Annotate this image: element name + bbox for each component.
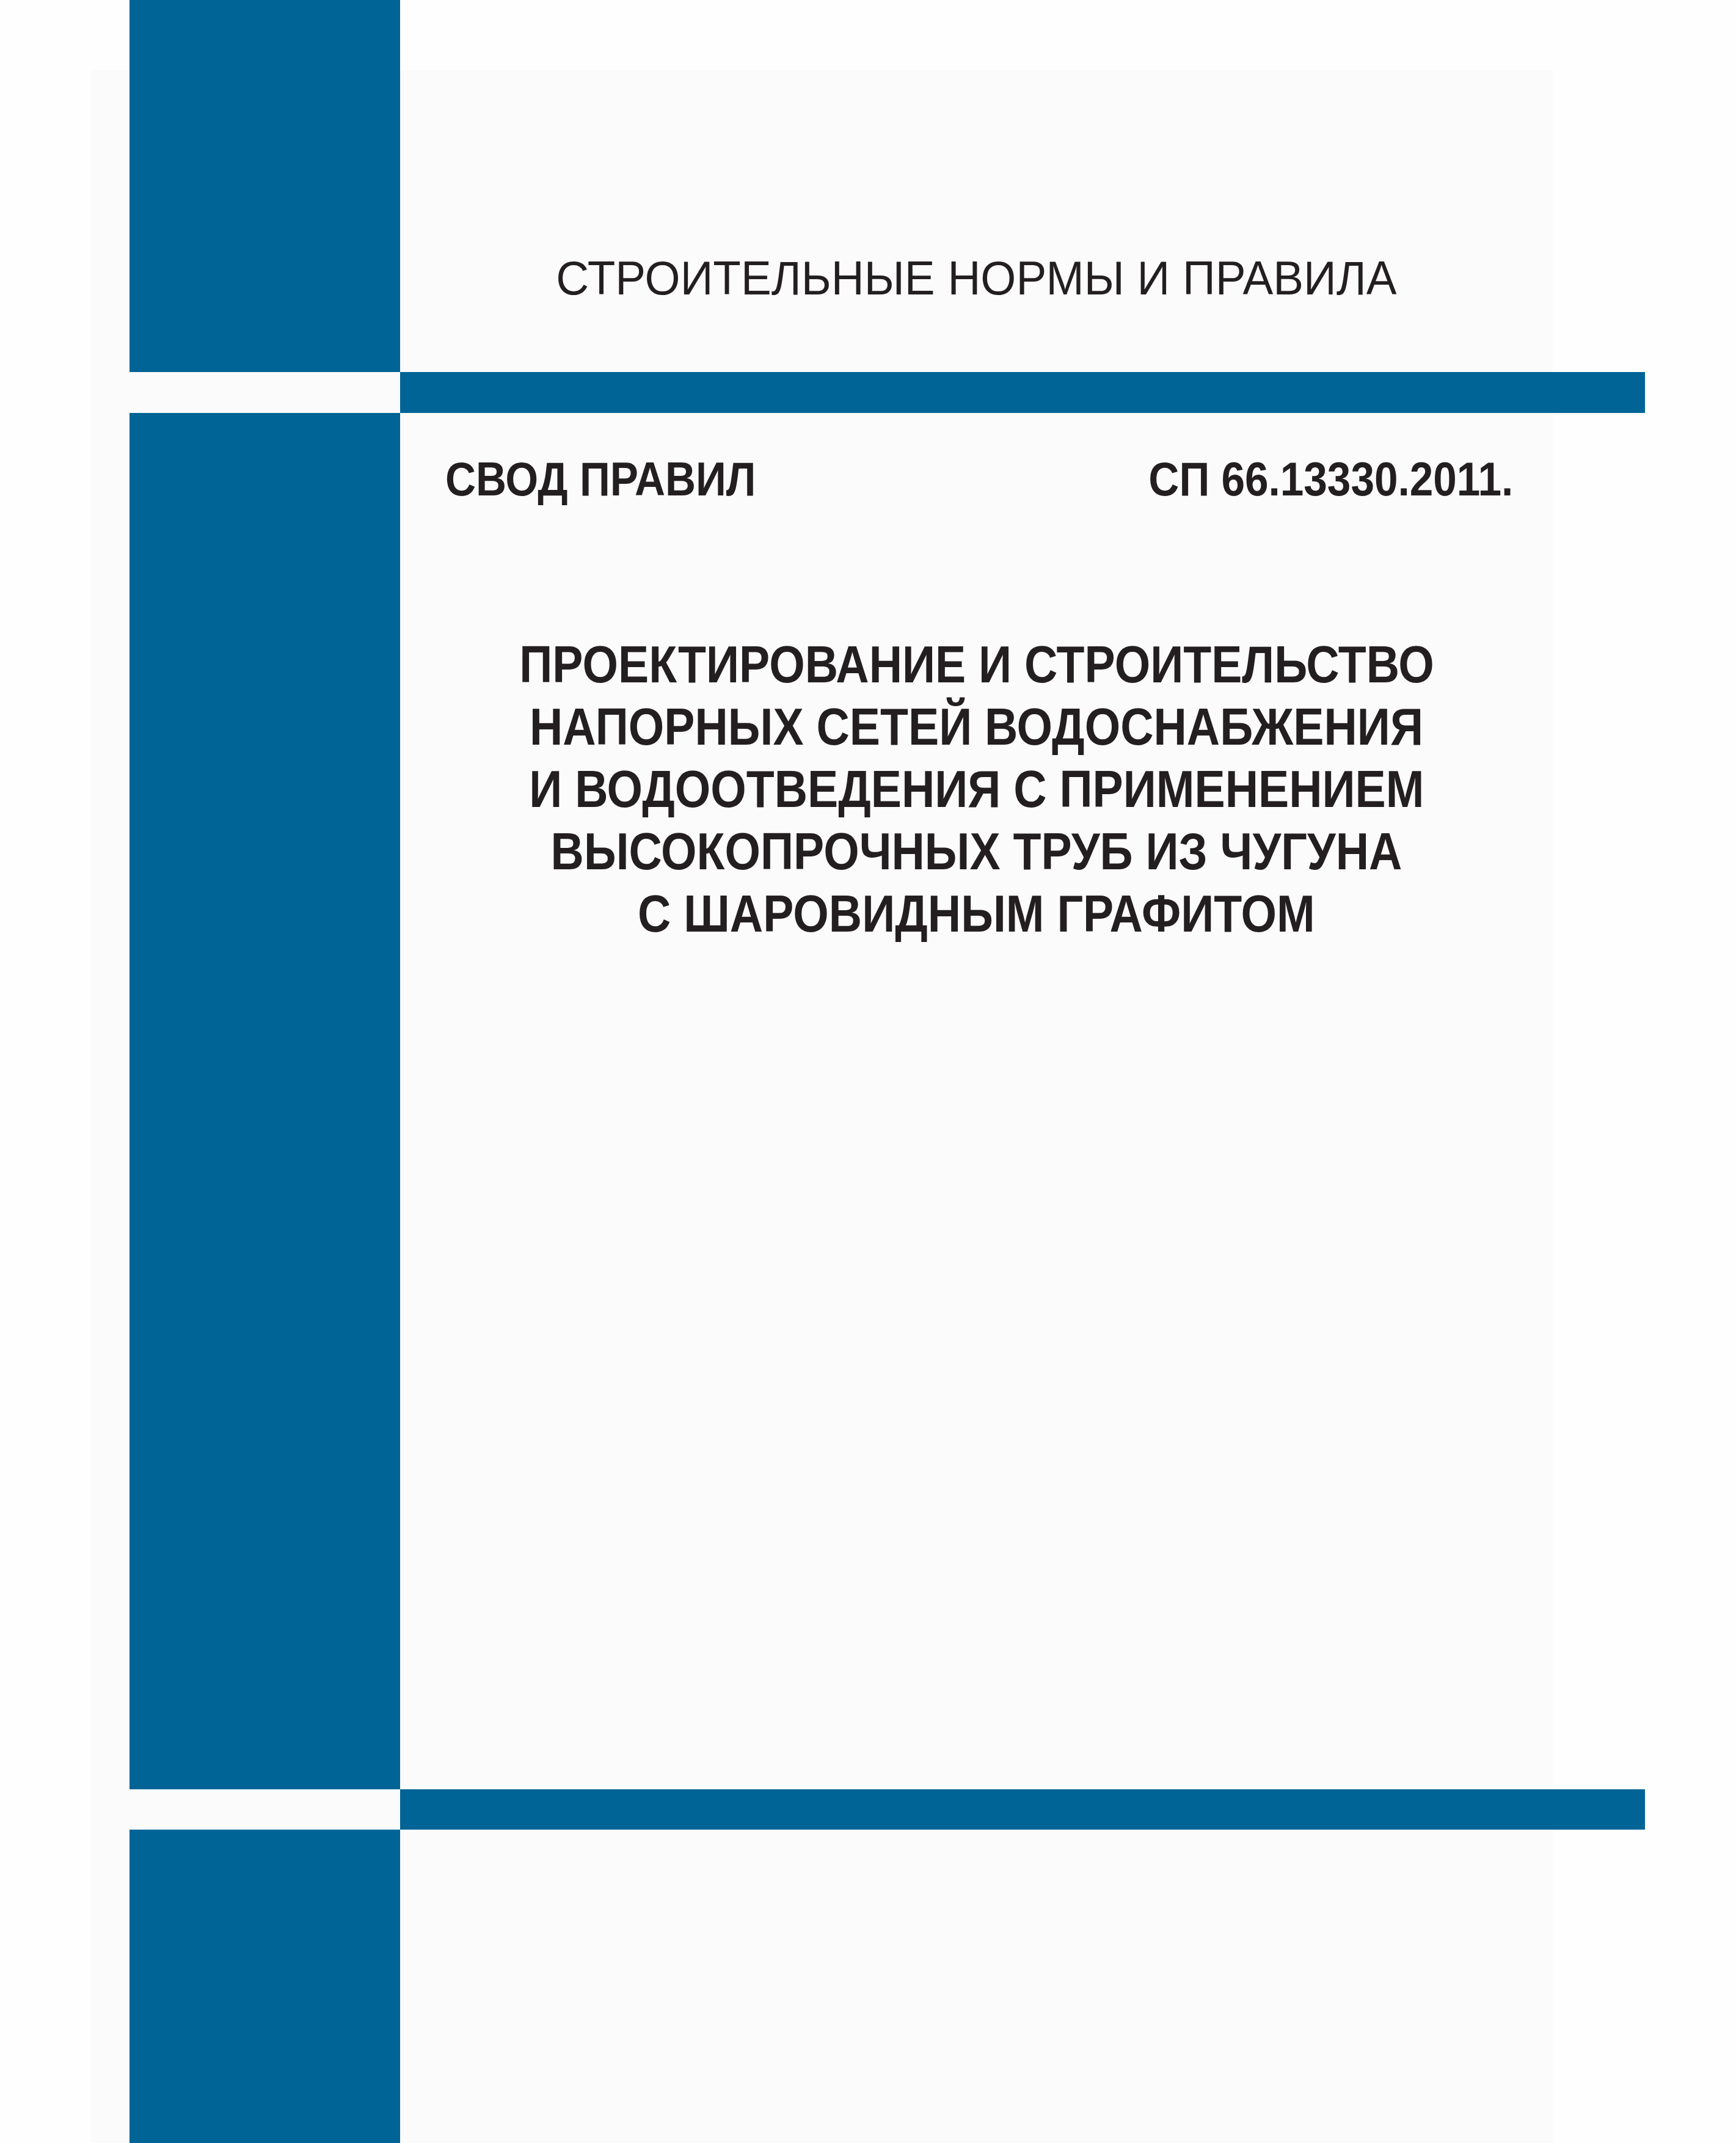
bottom-band [400,1789,1645,1830]
series-heading-text: СТРОИТЕЛЬНЫЕ НОРМЫ И ПРАВИЛА [556,255,1396,302]
left-stripe-middle [129,413,400,1789]
title-line: ПРОЕКТИРОВАНИЕ И СТРОИТЕЛЬСТВО [400,639,1553,701]
document-code: СП 66.13330.2011. [1148,456,1513,503]
title-line: ВЫСОКОПРОЧНЫХ ТРУБ ИЗ ЧУГУНА [400,826,1553,888]
document-type: СВОД ПРАВИЛ [445,456,756,503]
title-line: НАПОРНЫХ СЕТЕЙ ВОДОСНАБЖЕНИЯ [400,701,1553,764]
left-stripe-top [129,0,400,372]
left-stripe-bottom [129,1830,400,2143]
document-title: ПРОЕКТИРОВАНИЕ И СТРОИТЕЛЬСТВО НАПОРНЫХ … [400,639,1553,951]
top-band [400,372,1645,413]
series-heading: СТРОИТЕЛЬНЫЕ НОРМЫ И ПРАВИЛА [400,255,1553,302]
title-line: И ВОДООТВЕДЕНИЯ С ПРИМЕНЕНИЕМ [400,764,1553,826]
title-line: С ШАРОВИДНЫМ ГРАФИТОМ [400,888,1553,951]
